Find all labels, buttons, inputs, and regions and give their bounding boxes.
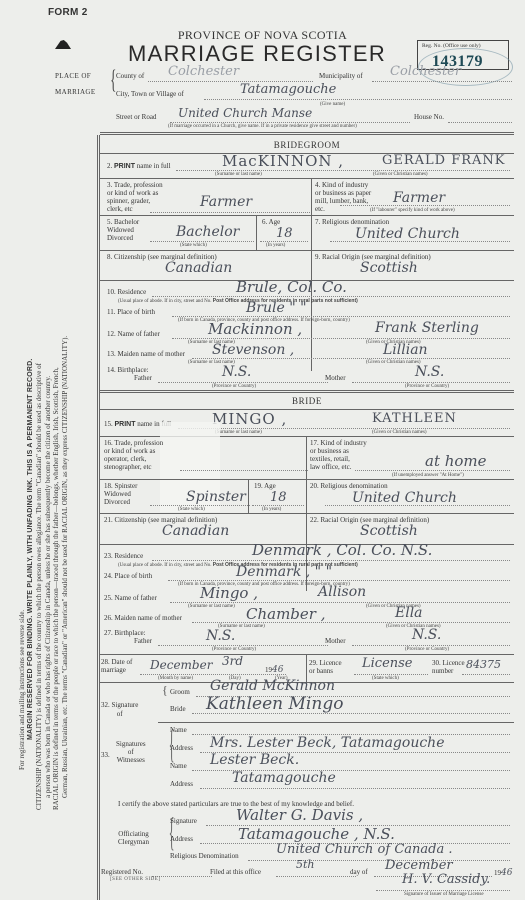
month-note: (Month by name): [158, 676, 193, 681]
bride-signature: Kathleen Mingo: [206, 694, 343, 714]
bride-religion-value: United Church: [352, 490, 457, 506]
groom-status-value: Bachelor: [176, 224, 239, 240]
bride-trade-line: [180, 470, 308, 471]
bride-name-line: [178, 428, 510, 429]
groom-mother-bp-line: [352, 382, 510, 383]
city-value: Tatamagouche: [240, 82, 336, 97]
groom-mother-bp-label: Mother: [325, 374, 346, 382]
groom-religion-label: 7. Religious denomination: [315, 218, 389, 226]
licence-banns-value: License: [362, 656, 413, 671]
label-text: name in full: [137, 162, 171, 170]
groom-signature: Gerald McKinnon: [210, 678, 335, 694]
city-note: (Give name): [320, 102, 345, 107]
given-names-note: (Given or Christian names): [373, 172, 428, 177]
bride-heading: BRIDE: [100, 396, 514, 406]
licence-banns-label: 29. Licence or banns: [309, 659, 342, 675]
groom-industry-value: Farmer: [393, 190, 445, 206]
groom-father-given: Frank Sterling: [375, 320, 479, 336]
city-label: City, Town or Village of: [116, 90, 184, 98]
groom-father-label: 12. Name of father: [107, 330, 160, 338]
groom-residence-value: Brule, Col. Co.: [236, 278, 347, 296]
groom-mother-surname: Stevenson ,: [212, 342, 294, 358]
filed-year: 1946: [494, 868, 512, 878]
bride-state-which-note: (State which): [178, 507, 205, 512]
groom-age-value: 18: [276, 226, 293, 241]
city-line: [204, 99, 512, 100]
house-no-line: [448, 122, 512, 123]
bride-industry-line: [355, 470, 510, 471]
municipality-value: Colchester: [390, 64, 461, 79]
age-divider: [256, 215, 257, 250]
filed-month-value: December: [385, 858, 453, 873]
witnesses-label: Signatures of Witnesses: [116, 740, 146, 764]
clergy-denomination-value: United Church of Canada .: [276, 842, 452, 857]
margin-line-citizenship-2: a person who was born in Canada or who h…: [44, 130, 53, 890]
rule: [158, 722, 514, 723]
groom-name-label: 2. PRINT name in full: [107, 162, 171, 171]
age-divider: [248, 479, 249, 513]
bride-father-bp-value: N.S.: [206, 628, 235, 644]
groom-mother-given: Lillian: [383, 342, 428, 358]
groom-trade-label: 3. Trade, profession or kind of work as …: [107, 181, 163, 213]
street-line: [170, 122, 410, 123]
bride-surname: MINGO ,: [212, 410, 287, 428]
labourer-note: (If "labourer" specify kind of work abov…: [370, 208, 455, 213]
day-of-label: day of: [350, 868, 368, 876]
bride-father-surname: Mingo ,: [200, 584, 258, 602]
clergyman-label: Officiating Clergyman: [118, 830, 149, 846]
surname-note: (Surname or last name): [215, 172, 262, 177]
bride-mother-bp-line: [352, 645, 510, 646]
issuer-signature-value: H. V. Cassidy.: [402, 872, 490, 887]
issuer-label: Signature of Issuer of Marriage License: [404, 892, 484, 897]
bride-industry-label: 17. Kind of industry or business as text…: [310, 439, 367, 471]
bride-mother-province-note: (Province or Country): [405, 647, 449, 652]
bride-birthplace-value: Denmark , " ": [236, 564, 332, 580]
witness2-name-value: Lester Beck.: [210, 752, 299, 768]
bride-mother-bp-value: N.S.: [412, 627, 441, 643]
groom-mother-bp-value: N.S.: [415, 364, 444, 380]
bride-age-line: [252, 505, 304, 506]
groom-birthplaces-label: 14. Birthplace:: [107, 366, 149, 374]
bride-mother-given: Ella: [395, 605, 423, 621]
groom-status-label: 5. Bachelor Widowed Divorced: [107, 218, 139, 242]
clergy-address-label: Address: [170, 835, 193, 843]
groom-racial-value: Scottish: [360, 260, 418, 276]
filed-day-line: [276, 876, 356, 877]
marriage-day: 3rd: [222, 654, 243, 668]
bride-status-value: Spinster: [186, 489, 246, 505]
county-value: Colchester: [168, 64, 239, 79]
bride-signature-label: Bride: [170, 705, 186, 713]
groom-religion-value: United Church: [355, 226, 460, 242]
groom-father-bp-label: Father: [134, 374, 152, 382]
bride-status-line: [150, 505, 250, 506]
clergy-denomination-label: Religious Denomination: [170, 852, 239, 860]
witness2-address-line: [200, 788, 510, 789]
bride-industry-value: at home: [425, 452, 487, 470]
bride-trade-label: 16. Trade, profession or kind of work as…: [104, 439, 163, 471]
groom-birthplace-value: Brule " ": [246, 300, 307, 316]
groom-father-bp-line: [158, 382, 328, 383]
year-prefix: 19: [494, 869, 501, 877]
item-number: 2.: [107, 162, 112, 170]
licence-number-line: [462, 674, 510, 675]
groom-trade-value: Farmer: [200, 194, 252, 210]
bride-in-years-note: (In years): [262, 507, 281, 512]
groom-age-line: [260, 241, 308, 242]
bride-given-note: (Given or Christian names): [372, 430, 427, 435]
signature-brace: {: [162, 683, 168, 698]
print-emphasis: PRINT: [115, 421, 136, 428]
groom-signature-label: Groom: [170, 688, 190, 696]
year-value: 46: [501, 868, 512, 878]
groom-age-label: 6. Age: [262, 218, 280, 226]
margin-line-racial-2: German, Russian, Ukrainian, etc. The ter…: [61, 130, 70, 890]
rule: [100, 513, 514, 514]
rule: [100, 654, 514, 655]
street-label: Street or Road: [116, 113, 156, 121]
street-note: (If marriage occurred in a Church, give …: [168, 124, 357, 129]
house-no-label: House No.: [414, 113, 444, 121]
groom-industry-label: 4. Kind of industry or business as paper…: [315, 181, 371, 213]
groom-status-line: [150, 241, 254, 242]
marriage-date-label: 28. Date of marriage: [101, 658, 132, 674]
bride-mother-bp-label: Mother: [325, 637, 346, 645]
groom-birthplace-label: 11. Place of birth: [107, 308, 155, 316]
marriage-date-line: [140, 674, 286, 675]
year-value: 46: [272, 665, 283, 675]
registered-no-label: Registered No.: [101, 868, 143, 876]
municipality-label: Municipality of: [319, 72, 363, 80]
bride-given-names: KATHLEEN: [372, 411, 457, 426]
groom-name-line: [176, 170, 510, 171]
groom-residence-line: [152, 296, 510, 297]
unemployed-note: (If unemployed answer "At Home"): [392, 473, 464, 478]
groom-trade-line: [150, 212, 310, 213]
municipality-line: [372, 81, 512, 82]
witness1-name-label: Name: [170, 726, 187, 734]
bride-age-label: 19. Age: [254, 482, 276, 490]
bride-father-bp-line: [158, 645, 328, 646]
bride-father-province-note: (Province or Country): [212, 647, 256, 652]
bride-residence-line: [152, 560, 510, 561]
place-of-label: PLACE OF: [55, 72, 91, 80]
form-number: FORM 2: [48, 7, 88, 18]
margin-line-citizenship-1: CITIZENSHIP (NATIONALITY) is defined in …: [35, 130, 44, 890]
rule: [100, 390, 514, 393]
marriage-label: MARRIAGE: [55, 88, 96, 96]
signature-of-label: 32. Signature of: [101, 701, 138, 719]
bride-birthplace-line: [168, 580, 510, 581]
groom-surname: MacKINNON ,: [222, 152, 344, 170]
bride-religion-label: 20. Religious denomination: [310, 482, 388, 490]
clergy-denomination-line: [248, 860, 510, 861]
marriage-register-document: For registration and mailing instruction…: [0, 0, 525, 900]
rule: [100, 178, 514, 179]
licence-state-note: (State which): [372, 676, 399, 681]
bridegroom-heading: BRIDEGROOM: [100, 140, 514, 150]
year-prefix: 19: [265, 666, 272, 674]
clergy-signature-label: Signature: [170, 817, 197, 825]
witnesses-number: 33.: [101, 751, 110, 759]
document-title: MARRIAGE REGISTER: [128, 41, 386, 67]
licence-banns-line: [354, 674, 428, 675]
residence-note-plain: (Usual place of abode. If in city, stree…: [118, 299, 212, 304]
groom-given-names: GERALD FRANK: [382, 153, 506, 168]
bride-racial-value: Scottish: [360, 523, 418, 539]
witness2-address-value: Tatamagouche: [232, 770, 336, 786]
bride-mother-label: 26. Maiden name of mother: [104, 614, 182, 622]
groom-father-bp-value: N.S.: [222, 364, 251, 380]
margin-line-binding: MARGIN RESERVED FOR BINDING. WRITE PLAIN…: [27, 130, 36, 890]
bride-father-given: Allison: [318, 584, 366, 600]
margin-line-mailing: For registration and mailing instruction…: [18, 130, 27, 890]
marriage-year: 1946: [265, 666, 283, 674]
licence-number-value: 84375: [466, 658, 501, 671]
residence-note-plain: (Usual place of abode. If in city, stree…: [118, 563, 212, 568]
registered-no-line: [152, 876, 212, 877]
witness1-address-label: Address: [170, 744, 193, 752]
bride-surname-note: (Surname or last name): [215, 430, 262, 435]
see-other-side-note: [SEE OTHER SIDE]: [110, 877, 161, 882]
state-which-note: (State which): [180, 243, 207, 248]
in-years-note: (In years): [266, 243, 285, 248]
frame-top-rule: [100, 132, 514, 135]
groom-father-line: [172, 338, 510, 339]
filed-day-value: 5th: [296, 858, 315, 871]
marriage-month: December: [150, 658, 212, 672]
rule: [100, 479, 514, 480]
witness1-address-value: Mrs. Lester Beck, Tatamagouche: [210, 735, 444, 751]
witness2-name-label: Name: [170, 762, 187, 770]
bride-age-value: 18: [270, 490, 287, 505]
county-label: County of: [116, 72, 144, 80]
residence-note: (Usual place of abode. If in city, stree…: [118, 298, 358, 304]
bride-father-bp-label: Father: [134, 637, 152, 645]
groom-birthplace-line: [172, 316, 510, 317]
bride-birthplace-label: 24. Place of birth: [104, 572, 152, 580]
margin-instructions: For registration and mailing instruction…: [18, 130, 70, 890]
clergy-signature-value: Walter G. Davis ,: [236, 806, 363, 824]
father-province-note: (Province or Country): [212, 384, 256, 389]
groom-citizenship-value: Canadian: [165, 260, 232, 276]
column-divider: [311, 178, 312, 371]
groom-mother-label: 13. Maiden name of mother: [107, 350, 185, 358]
bride-birthplaces-label: 27. Birthplace:: [104, 629, 146, 637]
witness2-address-label: Address: [170, 780, 193, 788]
groom-residence-label: 10. Residence: [107, 288, 146, 296]
rule: [100, 250, 514, 251]
rule: [100, 215, 514, 216]
bride-father-line: [170, 602, 510, 603]
mother-province-note: (Province or Country): [405, 384, 449, 389]
bride-father-surname-note: (Surname or last name): [188, 604, 235, 609]
bride-status-label: 18. Spinster Widowed Divorced: [104, 482, 137, 506]
licence-number-label: 30. Licence number: [432, 659, 465, 675]
clergy-address-value: Tatamagouche , N.S.: [238, 825, 395, 843]
bride-residence-label: 23. Residence: [104, 552, 143, 560]
item-number: 15.: [104, 420, 113, 428]
groom-father-surname: Mackinnon ,: [208, 320, 302, 338]
groom-mother-line: [192, 358, 510, 359]
issuer-signature-line: [376, 890, 510, 891]
bride-mother-surname: Chamber ,: [246, 605, 326, 623]
bride-citizenship-value: Canadian: [162, 523, 229, 539]
street-value: United Church Manse: [178, 106, 312, 120]
bride-father-label: 25. Name of father: [104, 594, 157, 602]
bride-residence-value: Denmark , Col. Co. N.S.: [252, 541, 432, 559]
bride-mother-line: [192, 622, 510, 623]
rule: [100, 409, 514, 410]
filed-label: Filed at this office: [210, 868, 261, 876]
print-emphasis: PRINT: [114, 163, 135, 170]
mother-given-note: (Given or Christian names): [366, 360, 421, 365]
margin-line-racial-1: RACIAL ORIGIN is defined in terms of the…: [52, 130, 61, 890]
